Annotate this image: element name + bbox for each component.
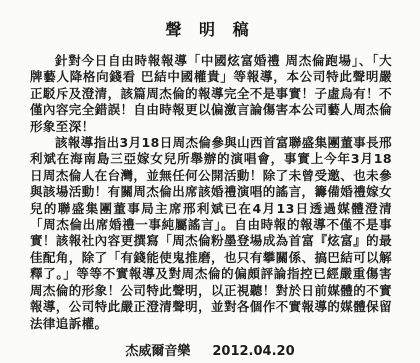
paragraph-intro-rebuttal: 針對今日自由時報報導「中國炫富婚禮 周杰倫跑場」、「大牌藝人降格向錢看 巴結中國… — [30, 53, 392, 135]
statement-date: 2012.04.20 — [212, 344, 294, 359]
statement-document: 聲 明 稿 針對今日自由時報報導「中國炫富婚禮 周杰倫跑場」、「大牌藝人降格向錢… — [0, 0, 420, 363]
document-title: 聲 明 稿 — [0, 0, 420, 40]
document-body: 針對今日自由時報報導「中國炫富婚禮 周杰倫跑場」、「大牌藝人降格向錢看 巴結中國… — [30, 53, 392, 332]
company-name: 杰威爾音樂 — [125, 344, 190, 359]
document-footer: 杰威爾音樂2012.04.20 — [0, 340, 420, 359]
paragraph-clarification-details: 該報導指出3月18日周杰倫參與山西首富聯盛集團董事長邢利斌在海南島三亞嫁女兒所舉… — [30, 135, 392, 332]
